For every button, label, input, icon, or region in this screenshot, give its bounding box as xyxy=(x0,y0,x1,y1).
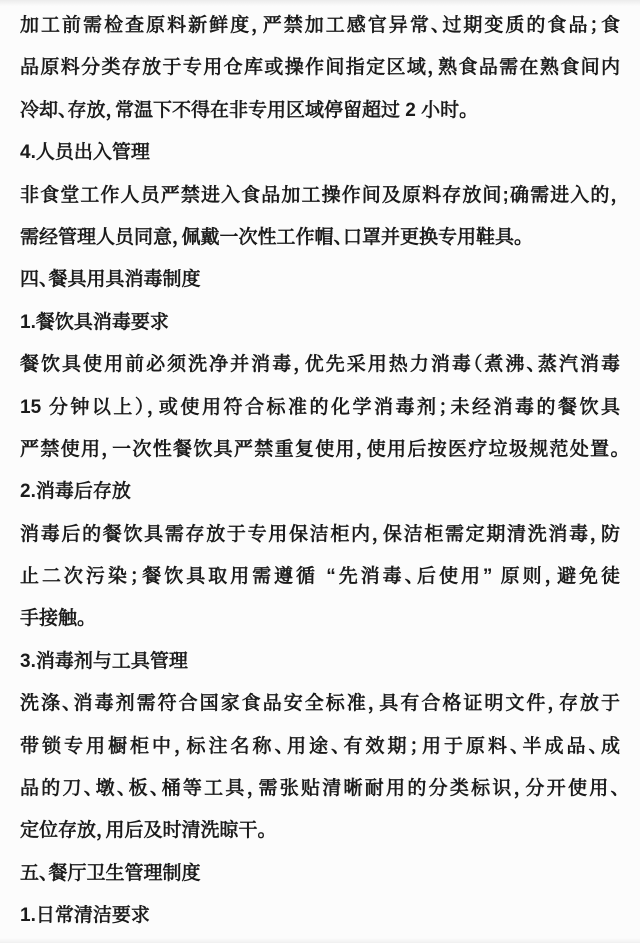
paragraph-line: 冷却、存放，常温下不得在非专用区域停留超过 2 小时。 xyxy=(20,90,620,132)
section-heading: 4.人员出入管理 xyxy=(20,132,620,174)
chapter-heading: 五、餐厅卫生管理制度 xyxy=(20,853,620,895)
paragraph-line: 带锁专用橱柜中，标注名称、用途、有效期；用于原料、半成品、成 xyxy=(20,726,620,768)
section-heading: 1.日常清洁要求 xyxy=(20,895,620,937)
paragraph-line: 严禁使用，一次性餐饮具严禁重复使用，使用后按医疗垃圾规范处置。 xyxy=(20,429,620,471)
paragraph-line: 品的刀、墩、板、桶等工具，需张贴清晰耐用的分类标识，分开使用、 xyxy=(20,768,620,810)
paragraph-line: 止二次污染；餐饮具取用需遵循 “先消毒、后使用” 原则，避免徒 xyxy=(20,556,620,598)
paragraph-line: 手接触。 xyxy=(20,598,620,640)
paragraph-line: 品原料分类存放于专用仓库或操作间指定区域，熟食品需在熟食间内 xyxy=(20,47,620,89)
paragraph-line: 非食堂工作人员严禁进入食品加工操作间及原料存放间;确需进入的， xyxy=(20,175,620,217)
section-heading: 1.餐饮具消毒要求 xyxy=(20,302,620,344)
section-heading: 2.消毒后存放 xyxy=(20,471,620,513)
section-heading: 3.消毒剂与工具管理 xyxy=(20,641,620,683)
paragraph-line: 需经管理人员同意，佩戴一次性工作帽、口罩并更换专用鞋具。 xyxy=(20,217,620,259)
paragraph-line: 洗涤、消毒剂需符合国家食品安全标准，具有合格证明文件，存放于 xyxy=(20,683,620,725)
paragraph-line: 餐饮具使用前必须洗净并消毒，优先采用热力消毒（煮沸、蒸汽消毒 xyxy=(20,344,620,386)
document-page: 加工前需检查原料新鲜度，严禁加工感官异常、过期变质的食品；食 品原料分类存放于专… xyxy=(0,0,640,938)
paragraph-line: 15 分钟以上），或使用符合标准的化学消毒剂；未经消毒的餐饮具 xyxy=(20,387,620,429)
paragraph-line: 消毒后的餐饮具需存放于专用保洁柜内，保洁柜需定期清洗消毒，防 xyxy=(20,514,620,556)
paragraph-line: 加工前需检查原料新鲜度，严禁加工感官异常、过期变质的食品；食 xyxy=(20,5,620,47)
paragraph-line: 定位存放，用后及时清洗晾干。 xyxy=(20,810,620,852)
chapter-heading: 四、餐具用具消毒制度 xyxy=(20,259,620,301)
